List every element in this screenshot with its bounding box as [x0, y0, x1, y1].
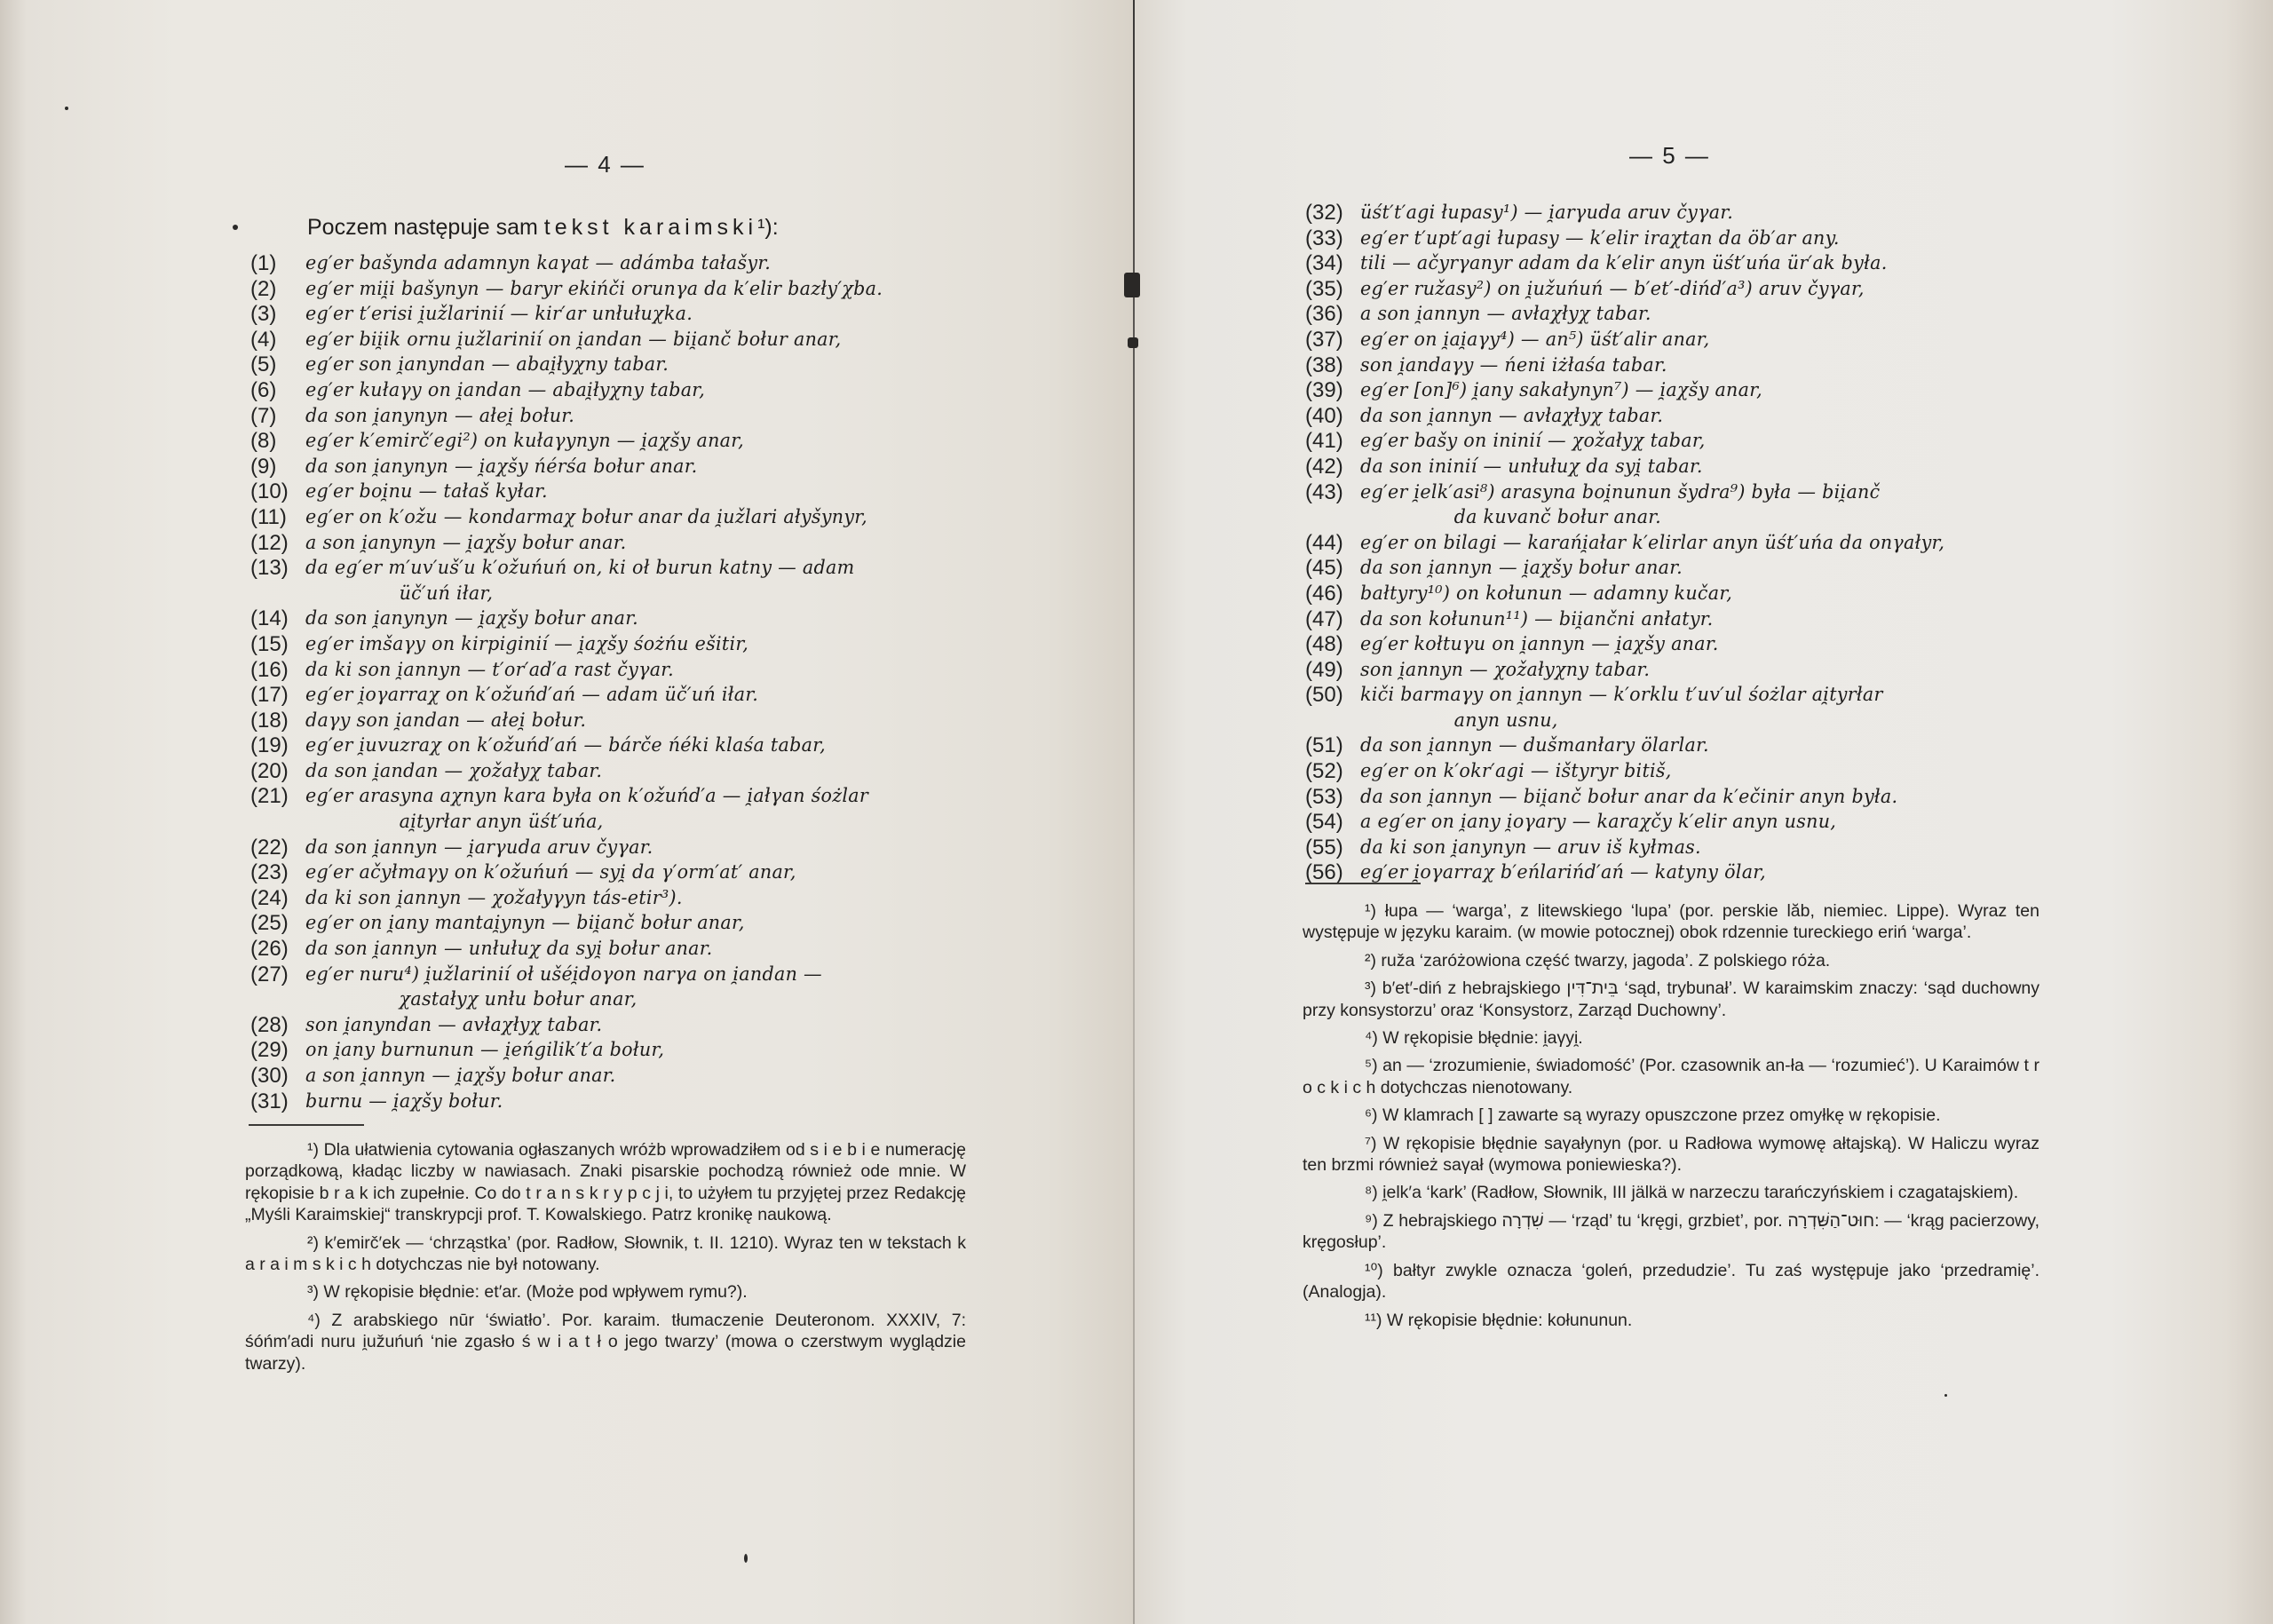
footnote: ⁵) an — ‘zrozumienie, świadomość’ (Por. … — [1303, 1055, 2039, 1098]
line-number: (22) — [250, 836, 305, 861]
footnote: ⁸) i̯elk′a ‘kark’ (Radłow, Słownik, III … — [1303, 1182, 2039, 1203]
text-line: (7)da son i̯anynyn — ałei̯ bołur. — [250, 404, 1014, 430]
text-line: (19)eg′er i̯uvuzraχ on k′ožuńd′ań — bárč… — [250, 733, 1014, 759]
line-number: (11) — [250, 505, 305, 531]
line-number: (9) — [250, 455, 305, 480]
line-number: (18) — [250, 709, 305, 734]
text-line: (30)a son i̯annyn — i̯aχšy bołur anar. — [250, 1064, 1014, 1089]
text-line: χastałyχ unłu bołur anar, — [250, 987, 1014, 1013]
line-number: (28) — [250, 1013, 305, 1039]
footnote: ¹) łupa — ‘warga’, z litewskiego ‘lupa’ … — [1303, 900, 2039, 944]
text-line: da kuvanč bołur anar. — [1305, 505, 2122, 531]
line-number: (16) — [250, 658, 305, 684]
line-text: eg′er kułaγy on i̯andan — abai̯łyχny tab… — [305, 378, 705, 404]
text-line: (56)eg′er i̯oγarraχ b′eńlarińd′ań — katy… — [1305, 860, 2122, 886]
line-number: (15) — [250, 632, 305, 658]
text-line: (31)burnu — i̯aχšy bołur. — [250, 1089, 1014, 1115]
text-line: (9)da son i̯anynyn — i̯aχšy ńérśa bołur … — [250, 455, 1014, 480]
intro-footnote-ref: ¹): — [757, 215, 779, 240]
line-number: (8) — [250, 429, 305, 455]
footnote-divider — [1305, 883, 1421, 884]
text-line: üč′uń iłar, — [250, 582, 1014, 607]
footnote: ²) k′emirč′ek — ‘chrząstka’ (por. Radłow… — [245, 1232, 966, 1276]
line-number — [250, 987, 305, 1013]
line-number: (50) — [1305, 683, 1360, 709]
line-text: son i̯annyn — χožałyχny tabar. — [1360, 658, 1650, 684]
text-line: (54)a eg′er on i̯any i̯oγary — karaχčy k… — [1305, 810, 2122, 836]
line-number: (13) — [250, 556, 305, 582]
footnote-divider — [249, 1124, 364, 1126]
footnote-mark: ²) — [307, 1233, 319, 1253]
line-text: on i̯any burnunun — i̯eńgilik′t′a bołur, — [305, 1038, 664, 1064]
footnote: ⁴) Z arabskiego nūr ‘światło’. Por. kara… — [245, 1310, 966, 1374]
text-line: (36)a son i̯annyn — avłaχłyχ tabar. — [1305, 302, 2122, 328]
line-number: (19) — [250, 733, 305, 759]
text-line: (52)eg′er on k′okr′agi — ištyryr bitiš, — [1305, 759, 2122, 785]
footnote-text: W rękopisie błędnie saγałynyn (por. u Ra… — [1303, 1134, 2039, 1175]
footnote-mark: ¹¹) — [1365, 1311, 1382, 1330]
footnote-text: W klamrach [ ] zawarte są wyrazy opuszcz… — [1382, 1105, 1941, 1125]
text-line: (11)eg′er on k′ožu — kondarmaχ bołur ana… — [250, 505, 1014, 531]
text-line: (29)on i̯any burnunun — i̯eńgilik′t′a bo… — [250, 1038, 1014, 1064]
line-number: (32) — [1305, 201, 1360, 226]
footnote: ⁷) W rękopisie błędnie saγałynyn (por. u… — [1303, 1133, 2039, 1176]
line-text: eg′er i̯oγarraχ on k′ožuńd′ań — adam üč′… — [305, 683, 758, 709]
text-line: (2)eg′er mii̯i bašynyn — baryr ekińči or… — [250, 277, 1014, 303]
line-number: (6) — [250, 378, 305, 404]
footnotes-left: ¹) Dla ułatwienia cytowania ogłaszanych … — [245, 1139, 966, 1381]
footnote-text: łupa — ‘warga’, z litewskiego ‘lupa’ (po… — [1303, 901, 2039, 942]
text-line: (42)da son ininií — unłułuχ da syi̯ taba… — [1305, 455, 2122, 480]
line-text: kiči barmaγy on i̯annyn — k′orklu t′uv′u… — [1360, 683, 1883, 709]
text-line: (20)da son i̯andan — χožałyχ tabar. — [250, 759, 1014, 785]
line-number: (3) — [250, 302, 305, 328]
footnote-mark: ⁴) — [1365, 1028, 1378, 1048]
line-text: a son i̯anynyn — i̯aχšy bołur anar. — [305, 531, 626, 557]
left-page: — 4 — Poczem następuje sam tekst karaims… — [0, 0, 1134, 1624]
line-number: (53) — [1305, 785, 1360, 811]
line-text: da ki son i̯annyn — χožałyγyn tás-etir³)… — [305, 886, 683, 912]
line-text: eg′er bašy on ininií — χožałyχ tabar, — [1360, 429, 1706, 455]
text-line: (21)eg′er arasyna aχnyn kara była on k′o… — [250, 784, 1014, 810]
divination-lines-right: (32)üśt′t′agi łupasy¹) — i̯arγuda aruv č… — [1305, 201, 2122, 886]
line-text: eg′er boi̯nu — tałaš kyłar. — [305, 479, 548, 505]
line-number: (27) — [250, 963, 305, 988]
text-line: (8)eg′er k′emirč′egi²) on kułaγynyn — i̯… — [250, 429, 1014, 455]
line-text: da son kołunun¹¹) — bii̯ančni anłatyr. — [1360, 607, 1714, 633]
line-number: (29) — [250, 1038, 305, 1064]
staple — [1124, 273, 1140, 297]
intro-sentence: Poczem następuje sam tekst karaimski¹): — [307, 215, 779, 241]
text-line: (16)da ki son i̯annyn — t′or′ad′a rast č… — [250, 658, 1014, 684]
line-text: eg′er i̯oγarraχ b′eńlarińd′ań — katyny ö… — [1360, 860, 1766, 886]
text-line: (41)eg′er bašy on ininií — χožałyχ tabar… — [1305, 429, 2122, 455]
line-number: (46) — [1305, 582, 1360, 607]
line-text: eg′er mii̯i bašynyn — baryr ekińči orunγ… — [305, 277, 883, 303]
page-number: — 5 — — [1629, 142, 1710, 170]
text-line: (47)da son kołunun¹¹) — bii̯ančni anłaty… — [1305, 607, 2122, 633]
text-line: (12)a son i̯anynyn — i̯aχšy bołur anar. — [250, 531, 1014, 557]
text-line: (46)bałtyry¹⁰) on kołunun — adamny kučar… — [1305, 582, 2122, 607]
text-line: (45)da son i̯annyn — i̯aχšy bołur anar. — [1305, 556, 2122, 582]
footnote-text: an — ‘zrozumienie, świadomość’ (Por. cza… — [1303, 1056, 2039, 1097]
text-line: (24)da ki son i̯annyn — χožałyγyn tás-et… — [250, 886, 1014, 912]
text-line: (4)eg′er bii̯ik ornu i̯užlarinií on i̯an… — [250, 328, 1014, 353]
line-text: eg′er nuru⁴) i̯užlarinií oł ušéi̯doγon n… — [305, 963, 822, 988]
text-line: (5)eg′er son i̯anyndan — abai̯łyχny taba… — [250, 353, 1014, 378]
footnote: ⁴) W rękopisie błędnie: i̯aγyi̯. — [1303, 1027, 2039, 1049]
footnote-text: Dla ułatwienia cytowania ogłaszanych wró… — [245, 1140, 966, 1224]
line-number: (21) — [250, 784, 305, 810]
line-text: burnu — i̯aχšy bołur. — [305, 1089, 503, 1115]
line-text: da son i̯anynyn — ałei̯ bołur. — [305, 404, 574, 430]
line-number: (42) — [1305, 455, 1360, 480]
text-line: (6)eg′er kułaγy on i̯andan — abai̯łyχny … — [250, 378, 1014, 404]
text-line: (39)eg′er [on]⁶) i̯any sakałynyn⁷) — i̯a… — [1305, 378, 2122, 404]
line-number: (25) — [250, 911, 305, 937]
page-number: — 4 — — [565, 151, 645, 178]
line-text: eg′er i̯elk′asi⁸) arasyna boi̯nunun šydr… — [1360, 480, 1880, 506]
binding-gutter — [1133, 0, 1135, 1624]
line-text: eg′er i̯uvuzraχ on k′ožuńd′ań — bárče ńé… — [305, 733, 826, 759]
line-text: eg′er on bilagi — karańi̯ałar k′elirlar … — [1360, 531, 1944, 557]
line-text: da son i̯annyn — i̯aχšy bołur anar. — [1360, 556, 1683, 582]
line-number: (12) — [250, 531, 305, 557]
text-line: (53)da son i̯annyn — bii̯anč bołur anar … — [1305, 785, 2122, 811]
text-line: (48)eg′er kołtuγu on i̯annyn — i̯aχšy an… — [1305, 632, 2122, 658]
footnote-text: W rękopisie błędnie: et′ar. (Może pod wp… — [323, 1282, 747, 1302]
staple — [1128, 337, 1138, 348]
footnote-mark: ⁵) — [1365, 1056, 1378, 1075]
line-number: (54) — [1305, 810, 1360, 836]
line-text: son i̯andaγy — ńeni iżłaśa tabar. — [1360, 353, 1667, 379]
line-text: eg′er on k′ožu — kondarmaχ bołur anar da… — [305, 505, 867, 531]
footnote-text: ruža ‘zaróżowiona część twarzy, jagoda’.… — [1381, 951, 1830, 970]
line-text: üśt′t′agi łupasy¹) — i̯arγuda aruv čyγar… — [1360, 201, 1733, 226]
footnote: ⁶) W klamrach [ ] zawarte są wyrazy opus… — [1303, 1105, 2039, 1126]
footnote: ¹¹) W rękopisie błędnie: kołununun. — [1303, 1310, 2039, 1331]
text-line: (34)tili — ačyrγanyr adam da k′elir anyn… — [1305, 251, 2122, 277]
footnote-text: i̯elk′a ‘kark’ (Radłow, Słownik, III jäl… — [1382, 1183, 2018, 1202]
footnote: ¹⁰) bałtyr zwykle oznacza ‘goleń, przedu… — [1303, 1260, 2039, 1303]
footnote: ⁹) Z hebrajskiego שִׁדְרָה — ‘rząd’ tu ‘… — [1303, 1210, 2039, 1254]
line-text: eg′er on i̯any mantai̯ynyn — bii̯anč boł… — [305, 911, 745, 937]
line-text: eg′er kołtuγu on i̯annyn — i̯aχšy anar. — [1360, 632, 1719, 658]
line-text: eg′er t′erisi i̯užlarinií — kir′ar unłuł… — [305, 302, 693, 328]
line-text: bałtyry¹⁰) on kołunun — adamny kučar, — [1360, 582, 1732, 607]
footnote-mark: ¹) — [307, 1140, 319, 1160]
dust-speck — [233, 225, 238, 230]
line-text: χastałyχ unłu bołur anar, — [305, 987, 637, 1013]
text-line: (43)eg′er i̯elk′asi⁸) arasyna boi̯nunun … — [1305, 480, 2122, 506]
line-text: a son i̯annyn — avłaχłyχ tabar. — [1360, 302, 1651, 328]
line-text: da son i̯anynyn — i̯aχšy bołur anar. — [305, 606, 638, 632]
line-text: da eg′er m′uv′uš′u k′ožuńuń on, ki oł bu… — [305, 556, 854, 582]
line-number: (36) — [1305, 302, 1360, 328]
text-line: (32)üśt′t′agi łupasy¹) — i̯arγuda aruv č… — [1305, 201, 2122, 226]
line-text: da son i̯annyn — bii̯anč bołur anar da k… — [1360, 785, 1897, 811]
line-text: eg′er ačyłmaγy on k′ožuńuń — syi̯ da γ′o… — [305, 860, 796, 886]
footnote-mark: ¹⁰) — [1365, 1261, 1383, 1280]
intro-spaced-text: tekst karaimski — [544, 215, 757, 240]
text-line: (55)da ki son i̯anynyn — aruv iš kyłmas. — [1305, 836, 2122, 861]
line-text: eg′er [on]⁶) i̯any sakałynyn⁷) — i̯aχšy … — [1360, 378, 1762, 404]
line-text: da son i̯annyn — dušmanłary ölarlar. — [1360, 733, 1709, 759]
line-text: eg′er on i̯ai̯aγy⁴) — an⁵) üśt′alir anar… — [1360, 328, 1710, 353]
text-line: (28)son i̯anyndan — avłaχłyχ tabar. — [250, 1013, 1014, 1039]
footnote-text: k′emirč′ek — ‘chrząstka’ (por. Radłow, S… — [245, 1233, 966, 1274]
line-text: a eg′er on i̯any i̯oγary — karaχčy k′eli… — [1360, 810, 1836, 836]
text-line: (27)eg′er nuru⁴) i̯užlarinií oł ušéi̯doγ… — [250, 963, 1014, 988]
line-number: (45) — [1305, 556, 1360, 582]
right-page: — 5 — (32)üśt′t′agi łupasy¹) — i̯arγuda … — [1134, 0, 2273, 1624]
text-line: ai̯tyrłar anyn üśt′uńa, — [250, 810, 1014, 836]
footnote-mark: ⁷) — [1365, 1134, 1377, 1153]
line-number: (55) — [1305, 836, 1360, 861]
text-line: (49)son i̯annyn — χožałyχny tabar. — [1305, 658, 2122, 684]
text-line: (50)kiči barmaγy on i̯annyn — k′orklu t′… — [1305, 683, 2122, 709]
footnote-mark: ²) — [1365, 951, 1376, 970]
text-line: (17)eg′er i̯oγarraχ on k′ožuńd′ań — adam… — [250, 683, 1014, 709]
text-line: (33)eg′er t′upt′agi łupasy — k′elir iraχ… — [1305, 226, 2122, 252]
line-text: ai̯tyrłar anyn üśt′uńa, — [305, 810, 604, 836]
text-line: (13)da eg′er m′uv′uš′u k′ožuńuń on, ki o… — [250, 556, 1014, 582]
footnote-text: W rękopisie błędnie: i̯aγyi̯. — [1382, 1028, 1582, 1048]
line-text: üč′uń iłar, — [305, 582, 493, 607]
text-line: (18)daγy son i̯andan — ałei̯ bołur. — [250, 709, 1014, 734]
text-line: (37)eg′er on i̯ai̯aγy⁴) — an⁵) üśt′alir … — [1305, 328, 2122, 353]
line-number: (47) — [1305, 607, 1360, 633]
line-number — [250, 810, 305, 836]
line-text: a son i̯annyn — i̯aχšy bołur anar. — [305, 1064, 616, 1089]
footnote: ²) ruža ‘zaróżowiona część twarzy, jagod… — [1303, 950, 2039, 971]
line-text: eg′er imšaγy on kirpiginií — i̯aχšy śożń… — [305, 632, 748, 658]
line-text: daγy son i̯andan — ałei̯ bołur. — [305, 709, 586, 734]
line-number: (37) — [1305, 328, 1360, 353]
text-line: (25)eg′er on i̯any mantai̯ynyn — bii̯anč… — [250, 911, 1014, 937]
line-text: tili — ačyrγanyr adam da k′elir anyn üśt… — [1360, 251, 1888, 277]
intro-text: Poczem następuje sam — [307, 215, 544, 240]
line-number: (41) — [1305, 429, 1360, 455]
line-number: (33) — [1305, 226, 1360, 252]
line-number — [250, 582, 305, 607]
footnote-text: Z hebrajskiego שִׁדְרָה — ‘rząd’ tu ‘krę… — [1303, 1211, 2039, 1252]
footnote: ¹) Dla ułatwienia cytowania ogłaszanych … — [245, 1139, 966, 1226]
line-text: eg′er k′emirč′egi²) on kułaγynyn — i̯aχš… — [305, 429, 744, 455]
text-line: (22)da son i̯annyn — i̯arγuda aruv čyγar… — [250, 836, 1014, 861]
line-number: (31) — [250, 1089, 305, 1115]
dust-speck — [744, 1554, 748, 1563]
text-line: (10)eg′er boi̯nu — tałaš kyłar. — [250, 479, 1014, 505]
line-number: (34) — [1305, 251, 1360, 277]
footnote: ³) W rękopisie błędnie: et′ar. (Może pod… — [245, 1281, 966, 1303]
footnote-mark: ³) — [1365, 978, 1376, 998]
footnotes-right: ¹) łupa — ‘warga’, z litewskiego ‘lupa’ … — [1303, 900, 2039, 1337]
line-number: (24) — [250, 886, 305, 912]
line-text: da son i̯andan — χožałyχ tabar. — [305, 759, 602, 785]
text-line: (14)da son i̯anynyn — i̯aχšy bołur anar. — [250, 606, 1014, 632]
dust-speck — [65, 107, 68, 110]
line-text: eg′er bašynda adamnyn kaγat — adámba tał… — [305, 251, 771, 277]
divination-lines-left: (1)eg′er bašynda adamnyn kaγat — adámba … — [250, 251, 1014, 1114]
footnote-mark: ⁸) — [1365, 1183, 1378, 1202]
line-text: da son i̯annyn — i̯arγuda aruv čyγar. — [305, 836, 653, 861]
line-number: (49) — [1305, 658, 1360, 684]
line-number: (17) — [250, 683, 305, 709]
line-number: (2) — [250, 277, 305, 303]
line-text: eg′er t′upt′agi łupasy — k′elir iraχtan … — [1360, 226, 1840, 252]
text-line: (15)eg′er imšaγy on kirpiginií — i̯aχšy … — [250, 632, 1014, 658]
line-number: (48) — [1305, 632, 1360, 658]
text-line: (40)da son i̯annyn — avłaχłyχ tabar. — [1305, 404, 2122, 430]
line-number: (38) — [1305, 353, 1360, 379]
line-text: anyn usnu, — [1360, 709, 1558, 734]
footnote: ³) b′et′-diń z hebrajskiego בֵּית־דִּין … — [1303, 978, 2039, 1021]
line-text: da ki son i̯annyn — t′or′ad′a rast čyγar… — [305, 658, 674, 684]
text-line: (3)eg′er t′erisi i̯užlarinií — kir′ar un… — [250, 302, 1014, 328]
line-number: (5) — [250, 353, 305, 378]
text-line: anyn usnu, — [1305, 709, 2122, 734]
line-number: (40) — [1305, 404, 1360, 430]
footnote-mark: ⁹) — [1365, 1211, 1378, 1231]
footnote-mark: ³) — [307, 1282, 319, 1302]
line-number: (35) — [1305, 277, 1360, 303]
text-line: (35)eg′er ružasy²) on i̯užuńuń — b′et′-d… — [1305, 277, 2122, 303]
line-number — [1305, 505, 1360, 531]
text-line: (51)da son i̯annyn — dušmanłary ölarlar. — [1305, 733, 2122, 759]
line-number: (23) — [250, 860, 305, 886]
line-number: (43) — [1305, 480, 1360, 506]
line-number: (44) — [1305, 531, 1360, 557]
line-text: eg′er on k′okr′agi — ištyryr bitiš, — [1360, 759, 1672, 785]
line-text: eg′er arasyna aχnyn kara była on k′ožuńd… — [305, 784, 868, 810]
text-line: (38)son i̯andaγy — ńeni iżłaśa tabar. — [1305, 353, 2122, 379]
footnote-text: bałtyr zwykle oznacza ‘goleń, przedudzie… — [1303, 1261, 2039, 1302]
dust-speck — [1944, 1394, 1947, 1397]
text-line: (1)eg′er bašynda adamnyn kaγat — adámba … — [250, 251, 1014, 277]
line-text: da son i̯annyn — unłułuχ da syi̯ bołur a… — [305, 937, 712, 963]
line-number: (1) — [250, 251, 305, 277]
line-number: (51) — [1305, 733, 1360, 759]
line-text: son i̯anyndan — avłaχłyχ tabar. — [305, 1013, 602, 1039]
line-number: (20) — [250, 759, 305, 785]
text-line: (23)eg′er ačyłmaγy on k′ožuńuń — syi̯ da… — [250, 860, 1014, 886]
footnote-text: W rękopisie błędnie: kołununun. — [1387, 1311, 1632, 1330]
footnote-text: b′et′-diń z hebrajskiego בֵּית־דִּין ‘są… — [1303, 978, 2039, 1019]
line-text: da son ininií — unłułuχ da syi̯ tabar. — [1360, 455, 1703, 480]
line-number: (26) — [250, 937, 305, 963]
line-text: eg′er bii̯ik ornu i̯užlarinií on i̯andan… — [305, 328, 841, 353]
footnote-mark: ⁴) — [307, 1311, 321, 1330]
line-number: (30) — [250, 1064, 305, 1089]
line-number: (39) — [1305, 378, 1360, 404]
line-text: eg′er son i̯anyndan — abai̯łyχny tabar. — [305, 353, 669, 378]
text-line: (26)da son i̯annyn — unłułuχ da syi̯ boł… — [250, 937, 1014, 963]
line-number: (52) — [1305, 759, 1360, 785]
footnote-text: Z arabskiego nūr ‘światło’. Por. karaim.… — [245, 1311, 966, 1374]
line-text: da son i̯anynyn — i̯aχšy ńérśa bołur ana… — [305, 455, 698, 480]
footnote-mark: ⁶) — [1365, 1105, 1378, 1125]
line-text: eg′er ružasy²) on i̯užuńuń — b′et′-dińd′… — [1360, 277, 1865, 303]
text-line: (44)eg′er on bilagi — karańi̯ałar k′elir… — [1305, 531, 2122, 557]
line-number: (7) — [250, 404, 305, 430]
line-text: da son i̯annyn — avłaχłyχ tabar. — [1360, 404, 1663, 430]
line-number: (10) — [250, 479, 305, 505]
line-text: da kuvanč bołur anar. — [1360, 505, 1661, 531]
line-number: (14) — [250, 606, 305, 632]
line-number — [1305, 709, 1360, 734]
line-text: da ki son i̯anynyn — aruv iš kyłmas. — [1360, 836, 1701, 861]
line-number: (4) — [250, 328, 305, 353]
footnote-mark: ¹) — [1365, 901, 1376, 921]
